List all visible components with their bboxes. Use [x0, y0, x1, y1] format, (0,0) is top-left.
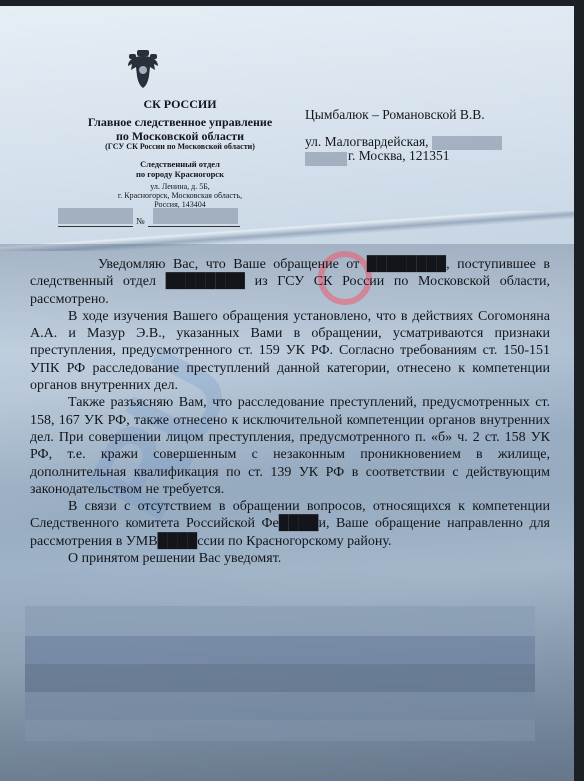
sender-address: ул. Ленина, д. 5Б, г. Красногорск, Моско…: [60, 182, 300, 210]
number-underline: [148, 226, 240, 227]
org-title: СК РОССИИ: [80, 98, 280, 112]
address-line1: ул. Ленина, д. 5Б,: [60, 182, 300, 191]
paragraph-3: Также разъясняю Вам, что расследование п…: [30, 394, 550, 498]
paragraph-1: Уведомляю Вас, что Ваше обращение от ███…: [30, 256, 550, 308]
redacted-number: [153, 208, 238, 224]
recipient-street-text: ул. Малогвардейская,: [305, 134, 429, 149]
paragraph-2: В ходе изучения Вашего обращения установ…: [30, 308, 550, 394]
russian-coat-of-arms-icon: [126, 50, 160, 88]
letter-paper: СК РОССИИ Главное следственное управлени…: [0, 6, 574, 781]
date-underline: [58, 226, 133, 227]
letter-body: Уведомляю Вас, что Ваше обращение от ███…: [30, 256, 550, 567]
paragraph-5: О принятом решении Вас уведомят.: [30, 550, 550, 567]
redacted-date: [58, 208, 133, 224]
registration-number-line: №: [58, 208, 258, 232]
number-sign: №: [136, 216, 145, 226]
org-name-line1: Главное следственное управление: [60, 116, 300, 130]
paragraph-4: В связи с отсутствием в обращении вопрос…: [30, 498, 550, 550]
address-line2: г. Красногорск, Московская область,: [60, 191, 300, 200]
recipient-city: г. Москва, 121351: [348, 148, 450, 164]
dept-line2: по городу Красногорск: [60, 170, 300, 180]
redacted-apartment: [305, 152, 347, 166]
recipient-name: Цымбалюк – Романовской В.В.: [305, 107, 485, 123]
pixelated-signature-block: [25, 606, 535, 741]
org-name: Главное следственное управление по Моско…: [60, 116, 300, 144]
department: Следственный отдел по городу Красногорск: [60, 160, 300, 180]
org-abbreviation: (ГСУ СК России по Московской области): [60, 142, 300, 151]
